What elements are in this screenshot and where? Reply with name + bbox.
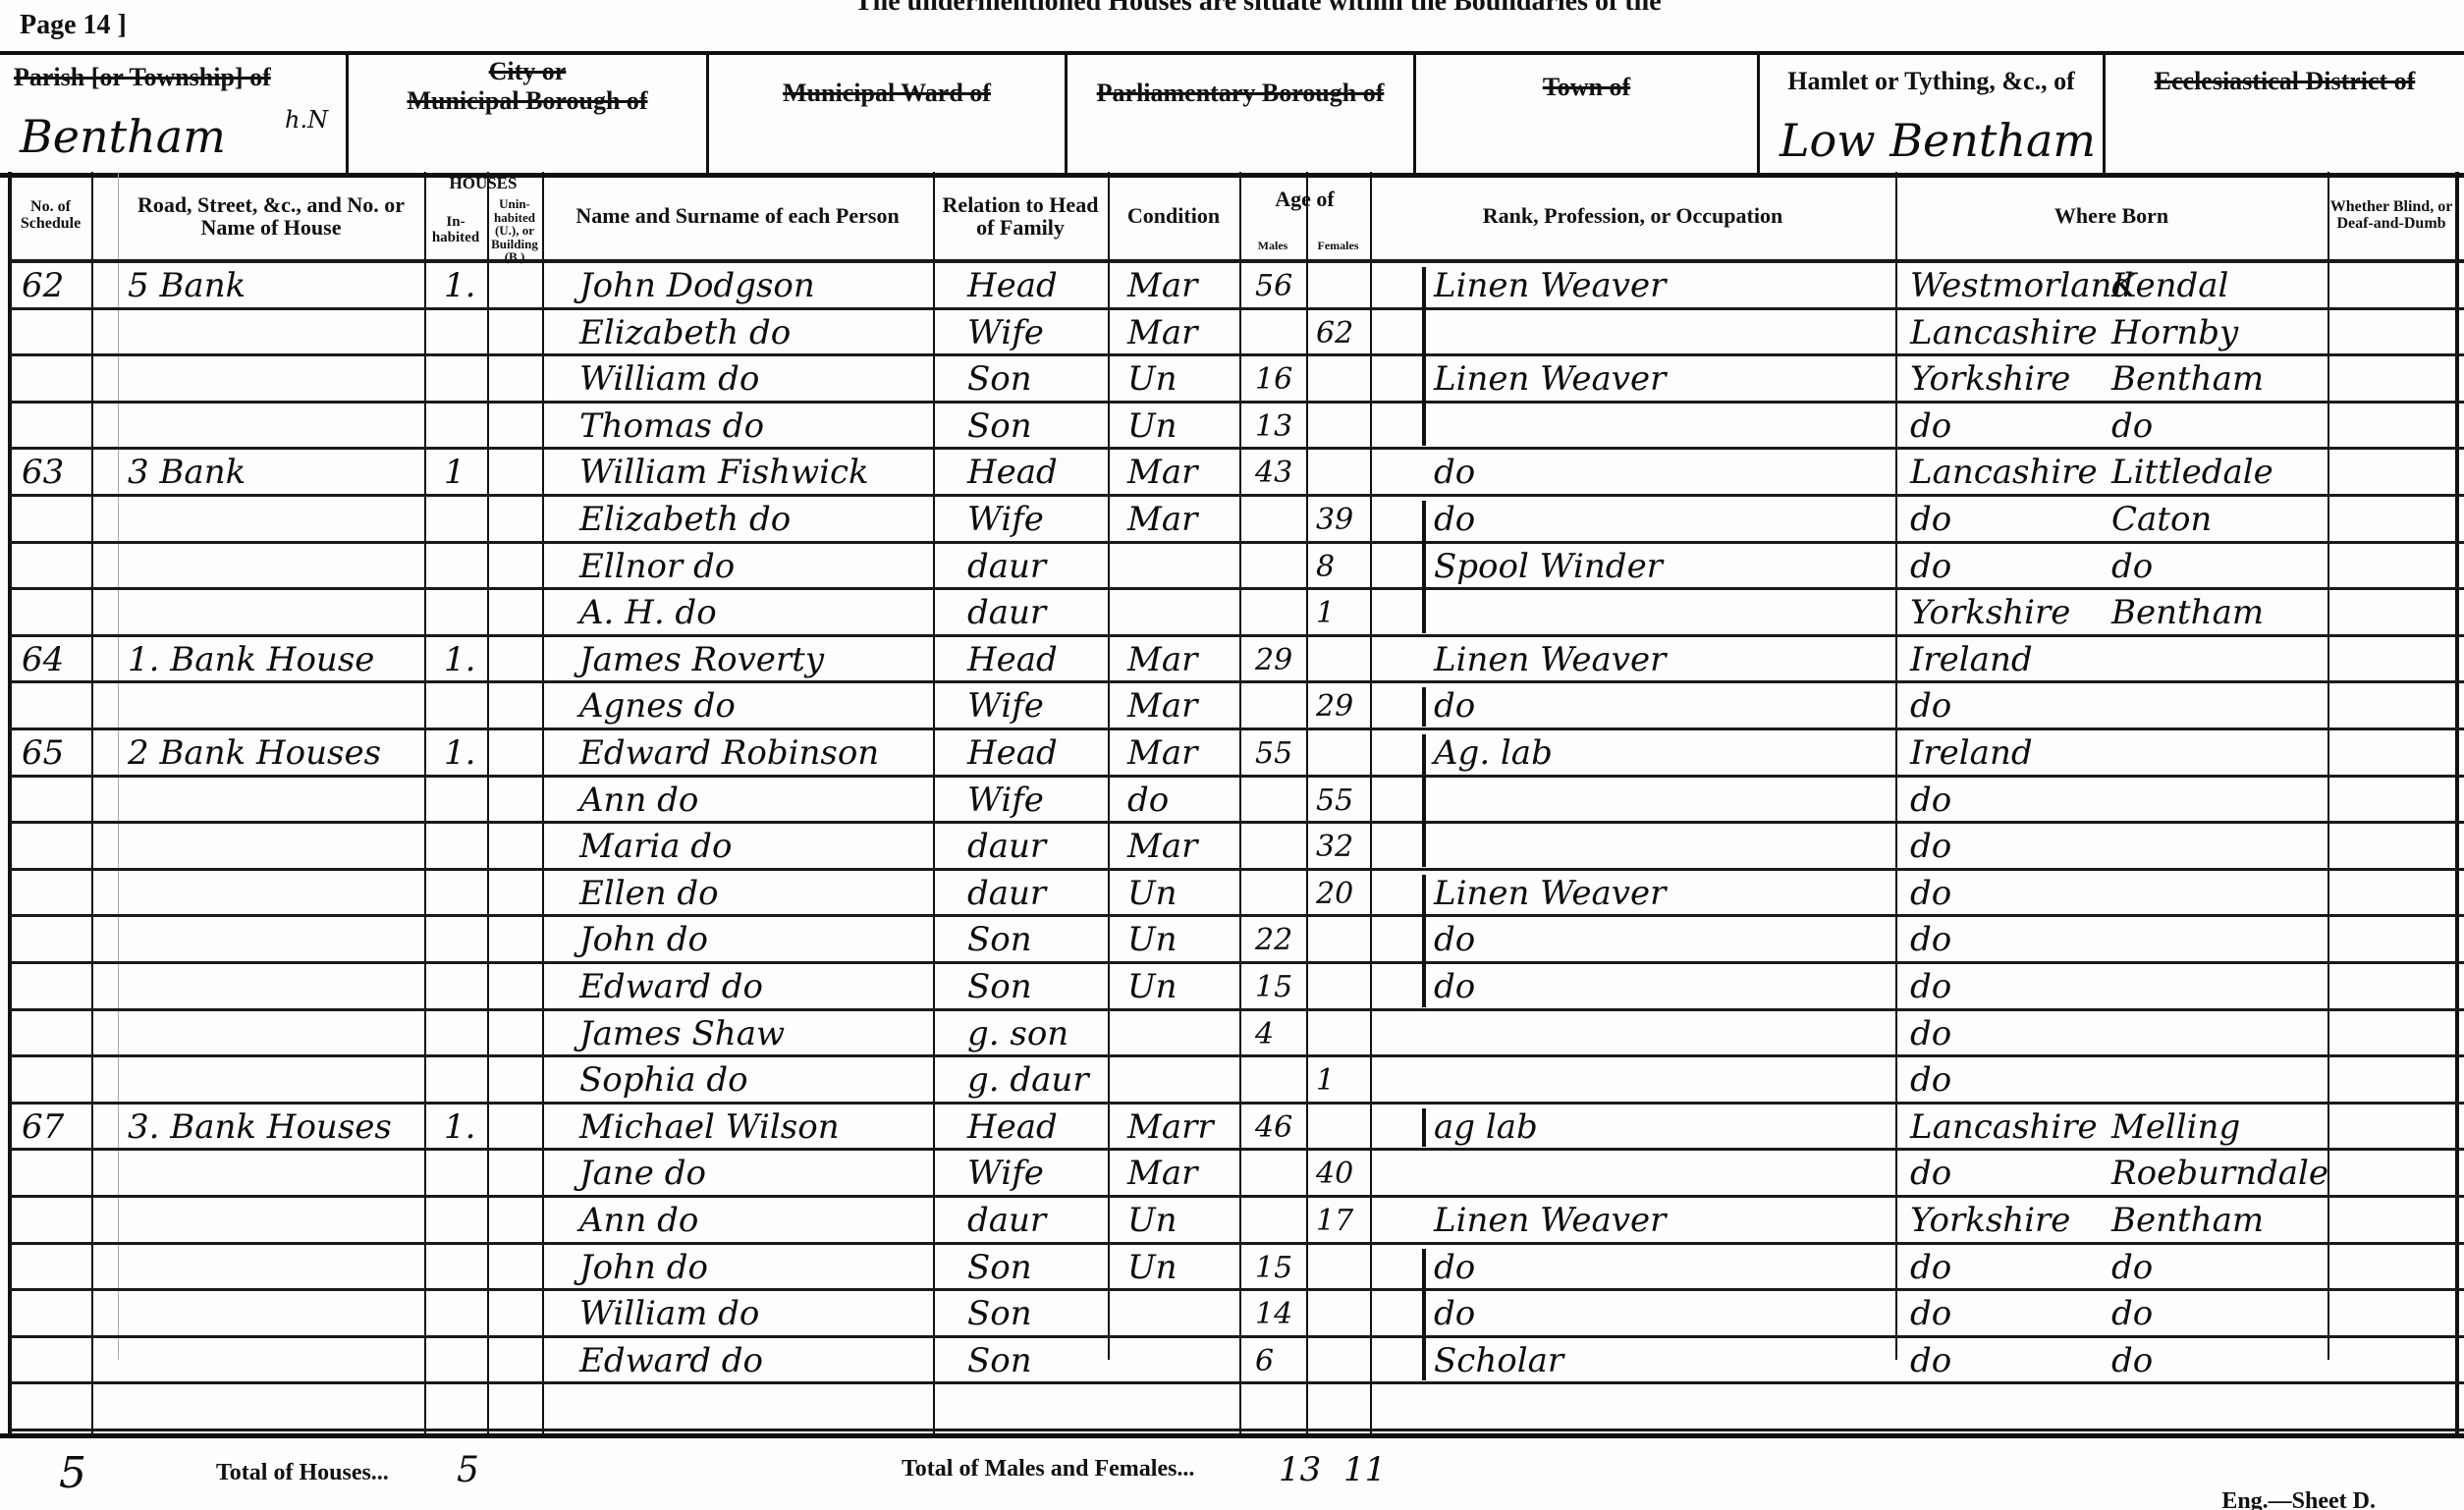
col-relation: Relation to Head of Family [933,172,1108,260]
relation-cell: Head [967,730,1058,777]
name-cell: Ellnor do [579,544,735,590]
name-cell: William do [579,1291,759,1337]
name-cell: Jane do [579,1151,706,1197]
occupation-cell: do [1434,917,1475,963]
name-cell: Sophia do [579,1057,748,1104]
relation-cell: daur [967,824,1046,870]
table-row: 673. Bank Houses1.Michael WilsonHeadMarr… [0,1105,2464,1151]
col-schedule: No. of Schedule [10,172,91,260]
relation-cell: daur [967,544,1046,590]
born-place-cell: Kendal [2111,263,2228,309]
total-houses-value: 5 [457,1450,479,1490]
parliamentary-label: Parliamentary Borough of [1068,79,1413,108]
col-condition: Condition [1108,172,1239,260]
born-county-cell: Ireland [1910,730,2033,777]
road-cell: 5 Bank [128,263,246,309]
name-cell: William do [579,356,759,403]
condition-cell: Mar [1127,497,1197,543]
schedule-cell: 67 [22,1105,64,1151]
table-row: Sophia dog. daur1do [0,1057,2464,1104]
male-age-cell: 6 [1255,1338,1274,1384]
road-cell: 1. Bank House [128,637,374,683]
header-band: Parish [or Township] of Bentham h.N City… [0,51,2464,178]
relation-cell: Wife [967,683,1044,729]
born-county-cell: Yorkshire [1910,590,2070,636]
name-cell: Ellen do [579,871,719,917]
town-label: Town of [1416,73,1757,102]
total-houses-label: Total of Houses... [216,1460,389,1486]
male-age-cell: 22 [1255,917,1292,963]
row-divider [10,1429,2464,1431]
condition-cell: Mar [1127,683,1197,729]
condition-cell: Mar [1127,310,1197,356]
schedule-cell: 64 [22,637,64,683]
condition-cell: Un [1127,964,1177,1010]
col-houses: HOUSES [424,172,542,195]
relation-cell: Son [967,964,1032,1010]
borough-label-2: Municipal Borough of [349,86,706,116]
born-county-cell: do [1910,497,1951,543]
table-row: John doSonUn15dododo [0,1245,2464,1291]
inhabited-cell: 1. [444,1105,475,1151]
relation-cell: Wife [967,778,1044,824]
sheet-footer: Eng.—Sheet D. [2221,1488,2376,1510]
born-county-cell: do [1910,1151,1951,1197]
relation-cell: Wife [967,1151,1044,1197]
schedule-cell: 65 [22,730,64,777]
col-born: Where Born [1895,172,2327,260]
table-row: A. H. dodaur1YorkshireBentham [0,590,2464,636]
relation-cell: Wife [967,497,1044,543]
condition-cell: do [1127,778,1169,824]
parish-label: Parish [or Township] of [14,63,271,91]
bracket-mark [1422,875,1426,1007]
male-age-cell: 13 [1255,404,1292,450]
name-cell: Maria do [579,824,733,870]
condition-cell: Un [1127,1198,1177,1244]
male-age-cell: 43 [1255,450,1292,496]
occupation-cell: Ag. lab [1434,730,1553,777]
parish-value: Bentham [20,110,226,163]
born-county-cell: do [1910,917,1951,963]
table-row: Ellen dodaurUn20Linen Weaverdo [0,871,2464,917]
town-cell: Town of [1416,55,1760,173]
born-county-cell: Ireland [1910,637,2033,683]
road-cell: 3 Bank [128,450,246,496]
occupation-cell: do [1434,497,1475,543]
name-cell: John do [579,917,708,963]
bracket-mark [1422,267,1426,446]
born-county-cell: do [1910,824,1951,870]
col-name: Name and Surname of each Person [542,172,933,260]
parish-cell: Parish [or Township] of Bentham h.N [0,55,349,173]
male-age-cell: 16 [1255,356,1292,403]
born-county-cell: Yorkshire [1910,356,2070,403]
name-cell: Edward Robinson [579,730,879,777]
table-row: James Shawg. son4do [0,1011,2464,1057]
name-cell: Edward do [579,1338,763,1384]
relation-cell: g. daur [967,1057,1089,1104]
born-county-cell: Lancashire [1910,1105,2098,1151]
borough-label-1: City or [349,57,706,86]
name-cell: John do [579,1245,708,1291]
condition-cell: Un [1127,404,1177,450]
hamlet-cell: Hamlet or Tything, &c., of Low Bentham [1760,55,2106,173]
col-females: Females [1306,231,1370,260]
borough-cell: City or Municipal Borough of [349,55,709,173]
total-schedules: 5 [59,1448,86,1498]
male-age-cell: 14 [1255,1291,1292,1337]
table-row: Maria dodaurMar32do [0,824,2464,870]
born-place-cell: Caton [2111,497,2212,543]
born-county-cell: Westmorland [1910,263,2133,309]
relation-cell: Head [967,637,1058,683]
born-county-cell: do [1910,683,1951,729]
occupation-cell: do [1434,1291,1475,1337]
female-age-cell: 1 [1316,1057,1335,1104]
relation-cell: Son [967,1245,1032,1291]
col-blind: Whether Blind, or Deaf-and-Dumb [2327,172,2455,260]
occupation-cell: do [1434,450,1475,496]
relation-cell: Son [967,356,1032,403]
name-cell: Michael Wilson [579,1105,840,1151]
road-cell: 3. Bank Houses [128,1105,392,1151]
relation-cell: Wife [967,310,1044,356]
male-age-cell: 56 [1255,263,1292,309]
hamlet-value: Low Bentham [1780,114,2096,167]
parliamentary-cell: Parliamentary Borough of [1068,55,1416,173]
female-age-cell: 1 [1316,590,1335,636]
condition-cell: Mar [1127,730,1197,777]
occupation-cell: Linen Weaver [1434,637,1666,683]
born-county-cell: do [1910,1011,1951,1057]
table-row: Ann dodaurUn17Linen WeaverYorkshireBenth… [0,1198,2464,1244]
condition-cell: Un [1127,1245,1177,1291]
male-age-cell: 15 [1255,964,1292,1010]
condition-cell: Mar [1127,1151,1197,1197]
col-road: Road, Street, &c., and No. or Name of Ho… [118,172,424,260]
table-row: Edward doSonUn15dodo [0,964,2464,1010]
born-county-cell: Lancashire [1910,450,2098,496]
col-age: Age of [1239,172,1370,226]
header-divider [10,259,2464,263]
census-sheet: { "page": { "label": "Page 14 ]", "title… [0,0,2464,1510]
total-persons-label: Total of Males and Females... [902,1456,1194,1483]
name-cell: A. H. do [579,590,717,636]
inhabited-cell: 1 [444,450,465,496]
male-age-cell: 55 [1255,730,1292,777]
table-row: 625 Bank1.John DodgsonHeadMar56Linen Wea… [0,263,2464,309]
table-row: John doSonUn22dodo [0,917,2464,963]
born-place-cell: do [2111,544,2153,590]
occupation-cell: Linen Weaver [1434,1198,1666,1244]
name-cell: Edward do [579,964,763,1010]
male-age-cell: 4 [1255,1011,1274,1057]
female-age-cell: 8 [1316,544,1335,590]
born-county-cell: do [1910,1338,1951,1384]
condition-cell: Mar [1127,824,1197,870]
born-county-cell: do [1910,871,1951,917]
born-place-cell: Bentham [2111,1198,2264,1244]
born-place-cell: Hornby [2111,310,2238,356]
relation-cell: Son [967,404,1032,450]
relation-cell: daur [967,871,1046,917]
born-place-cell: Roeburndale [2111,1151,2328,1197]
col-males: Males [1239,231,1306,260]
occupation-cell: do [1434,683,1475,729]
occupation-cell: do [1434,1245,1475,1291]
female-age-cell: 62 [1316,310,1353,356]
name-cell: Agnes do [579,683,736,729]
occupation-cell: Spool Winder [1434,544,1663,590]
relation-cell: Son [967,1338,1032,1384]
name-cell: Ann do [579,778,698,824]
total-females: 11 [1343,1450,1386,1489]
inhabited-cell: 1. [444,730,475,777]
born-county-cell: do [1910,544,1951,590]
born-county-cell: do [1910,964,1951,1010]
ecclesiastical-cell: Ecclesiastical District of [2106,55,2464,173]
male-age-cell: 46 [1255,1105,1292,1151]
born-county-cell: do [1910,1245,1951,1291]
relation-cell: Son [967,1291,1032,1337]
table-row: William doSonUn16Linen WeaverYorkshireBe… [0,356,2464,403]
hamlet-label: Hamlet or Tything, &c., of [1760,67,2103,96]
name-cell: Ann do [579,1198,698,1244]
born-place-cell: do [2111,1245,2153,1291]
col-uninhabited: Unin-habited (U.), or Building (B.) [487,201,542,260]
ward-label: Municipal Ward of [709,79,1065,108]
born-county-cell: do [1910,1057,1951,1104]
born-county-cell: do [1910,404,1951,450]
condition-cell: Mar [1127,263,1197,309]
born-county-cell: Yorkshire [1910,1198,2070,1244]
relation-cell: Head [967,450,1058,496]
table-row: Jane doWifeMar40doRoeburndale [0,1151,2464,1197]
relation-cell: g. son [967,1011,1068,1057]
total-males: 13 [1279,1450,1321,1489]
table-row: Edward doSon6Scholardodo [0,1338,2464,1384]
relation-cell: Head [967,1105,1058,1151]
bracket-mark [1422,687,1426,727]
name-cell: Thomas do [579,404,764,450]
female-age-cell: 32 [1316,824,1353,870]
row-divider [10,1381,2464,1384]
ward-cell: Municipal Ward of [709,55,1068,173]
male-age-cell: 15 [1255,1245,1292,1291]
table-row: 652 Bank Houses1.Edward RobinsonHeadMar5… [0,730,2464,777]
female-age-cell: 20 [1316,871,1353,917]
table-row: Agnes doWifeMar29dodo [0,683,2464,729]
col-inhabited: In-habited [424,201,487,260]
relation-cell: Head [967,263,1058,309]
schedule-cell: 62 [22,263,64,309]
born-place-cell: do [2111,404,2153,450]
born-place-cell: Littledale [2111,450,2273,496]
name-cell: John Dodgson [579,263,815,309]
table-row: Ann doWifedo55do [0,778,2464,824]
born-place-cell: do [2111,1291,2153,1337]
occupation-cell: Linen Weaver [1434,356,1666,403]
occupation-cell: Linen Weaver [1434,263,1666,309]
name-cell: James Roverty [579,637,824,683]
condition-cell: Un [1127,871,1177,917]
occupation-cell: ag lab [1434,1105,1538,1151]
female-age-cell: 55 [1316,778,1353,824]
occupation-cell: Scholar [1434,1338,1563,1384]
condition-cell: Marr [1127,1105,1214,1151]
inhabited-cell: 1. [444,263,475,309]
born-place-cell: Bentham [2111,590,2264,636]
parish-note: h.N [285,106,328,134]
census-table: No. of Schedule Road, Street, &c., and N… [0,172,2464,1429]
table-row: 633 Bank1William FishwickHeadMar43doLanc… [0,450,2464,496]
name-cell: Elizabeth do [579,497,791,543]
born-place-cell: Bentham [2111,356,2264,403]
condition-cell: Un [1127,917,1177,963]
table-row: Elizabeth doWifeMar62LancashireHornby [0,310,2464,356]
female-age-cell: 39 [1316,497,1353,543]
name-cell: William Fishwick [579,450,869,496]
condition-cell: Mar [1127,637,1197,683]
totals-row: 5 Total of Houses... 5 Total of Males an… [0,1433,2464,1510]
col-occupation: Rank, Profession, or Occupation [1370,172,1895,260]
schedule-cell: 63 [22,450,64,496]
name-cell: James Shaw [579,1011,785,1057]
bracket-mark [1422,1249,1426,1381]
born-county-cell: do [1910,778,1951,824]
condition-cell: Mar [1127,450,1197,496]
female-age-cell: 40 [1316,1151,1353,1197]
female-age-cell: 29 [1316,683,1353,729]
bracket-mark [1422,734,1426,867]
table-row: William doSon14dododo [0,1291,2464,1337]
occupation-cell: Linen Weaver [1434,871,1666,917]
occupation-cell: do [1434,964,1475,1010]
born-county-cell: do [1910,1291,1951,1337]
sheet-title: The undermentioned Houses are situate wi… [854,0,1662,18]
born-place-cell: do [2111,1338,2153,1384]
relation-cell: Son [967,917,1032,963]
born-place-cell: Melling [2111,1105,2240,1151]
name-cell: Elizabeth do [579,310,791,356]
page-number: Page 14 ] [20,10,127,41]
table-row: Elizabeth doWifeMar39dodoCaton [0,497,2464,543]
born-county-cell: Lancashire [1910,310,2098,356]
table-row: Thomas doSonUn13dodo [0,404,2464,450]
table-row: 641. Bank House1.James RovertyHeadMar29L… [0,637,2464,683]
bracket-mark [1422,501,1426,633]
ecclesiastical-label: Ecclesiastical District of [2106,67,2464,96]
relation-cell: daur [967,590,1046,636]
bracket-mark [1422,1108,1426,1148]
inhabited-cell: 1. [444,637,475,683]
female-age-cell: 17 [1316,1198,1353,1244]
road-cell: 2 Bank Houses [128,730,381,777]
male-age-cell: 29 [1255,637,1292,683]
condition-cell: Un [1127,356,1177,403]
relation-cell: daur [967,1198,1046,1244]
table-row: Ellnor dodaur8Spool Winderdodo [0,544,2464,590]
